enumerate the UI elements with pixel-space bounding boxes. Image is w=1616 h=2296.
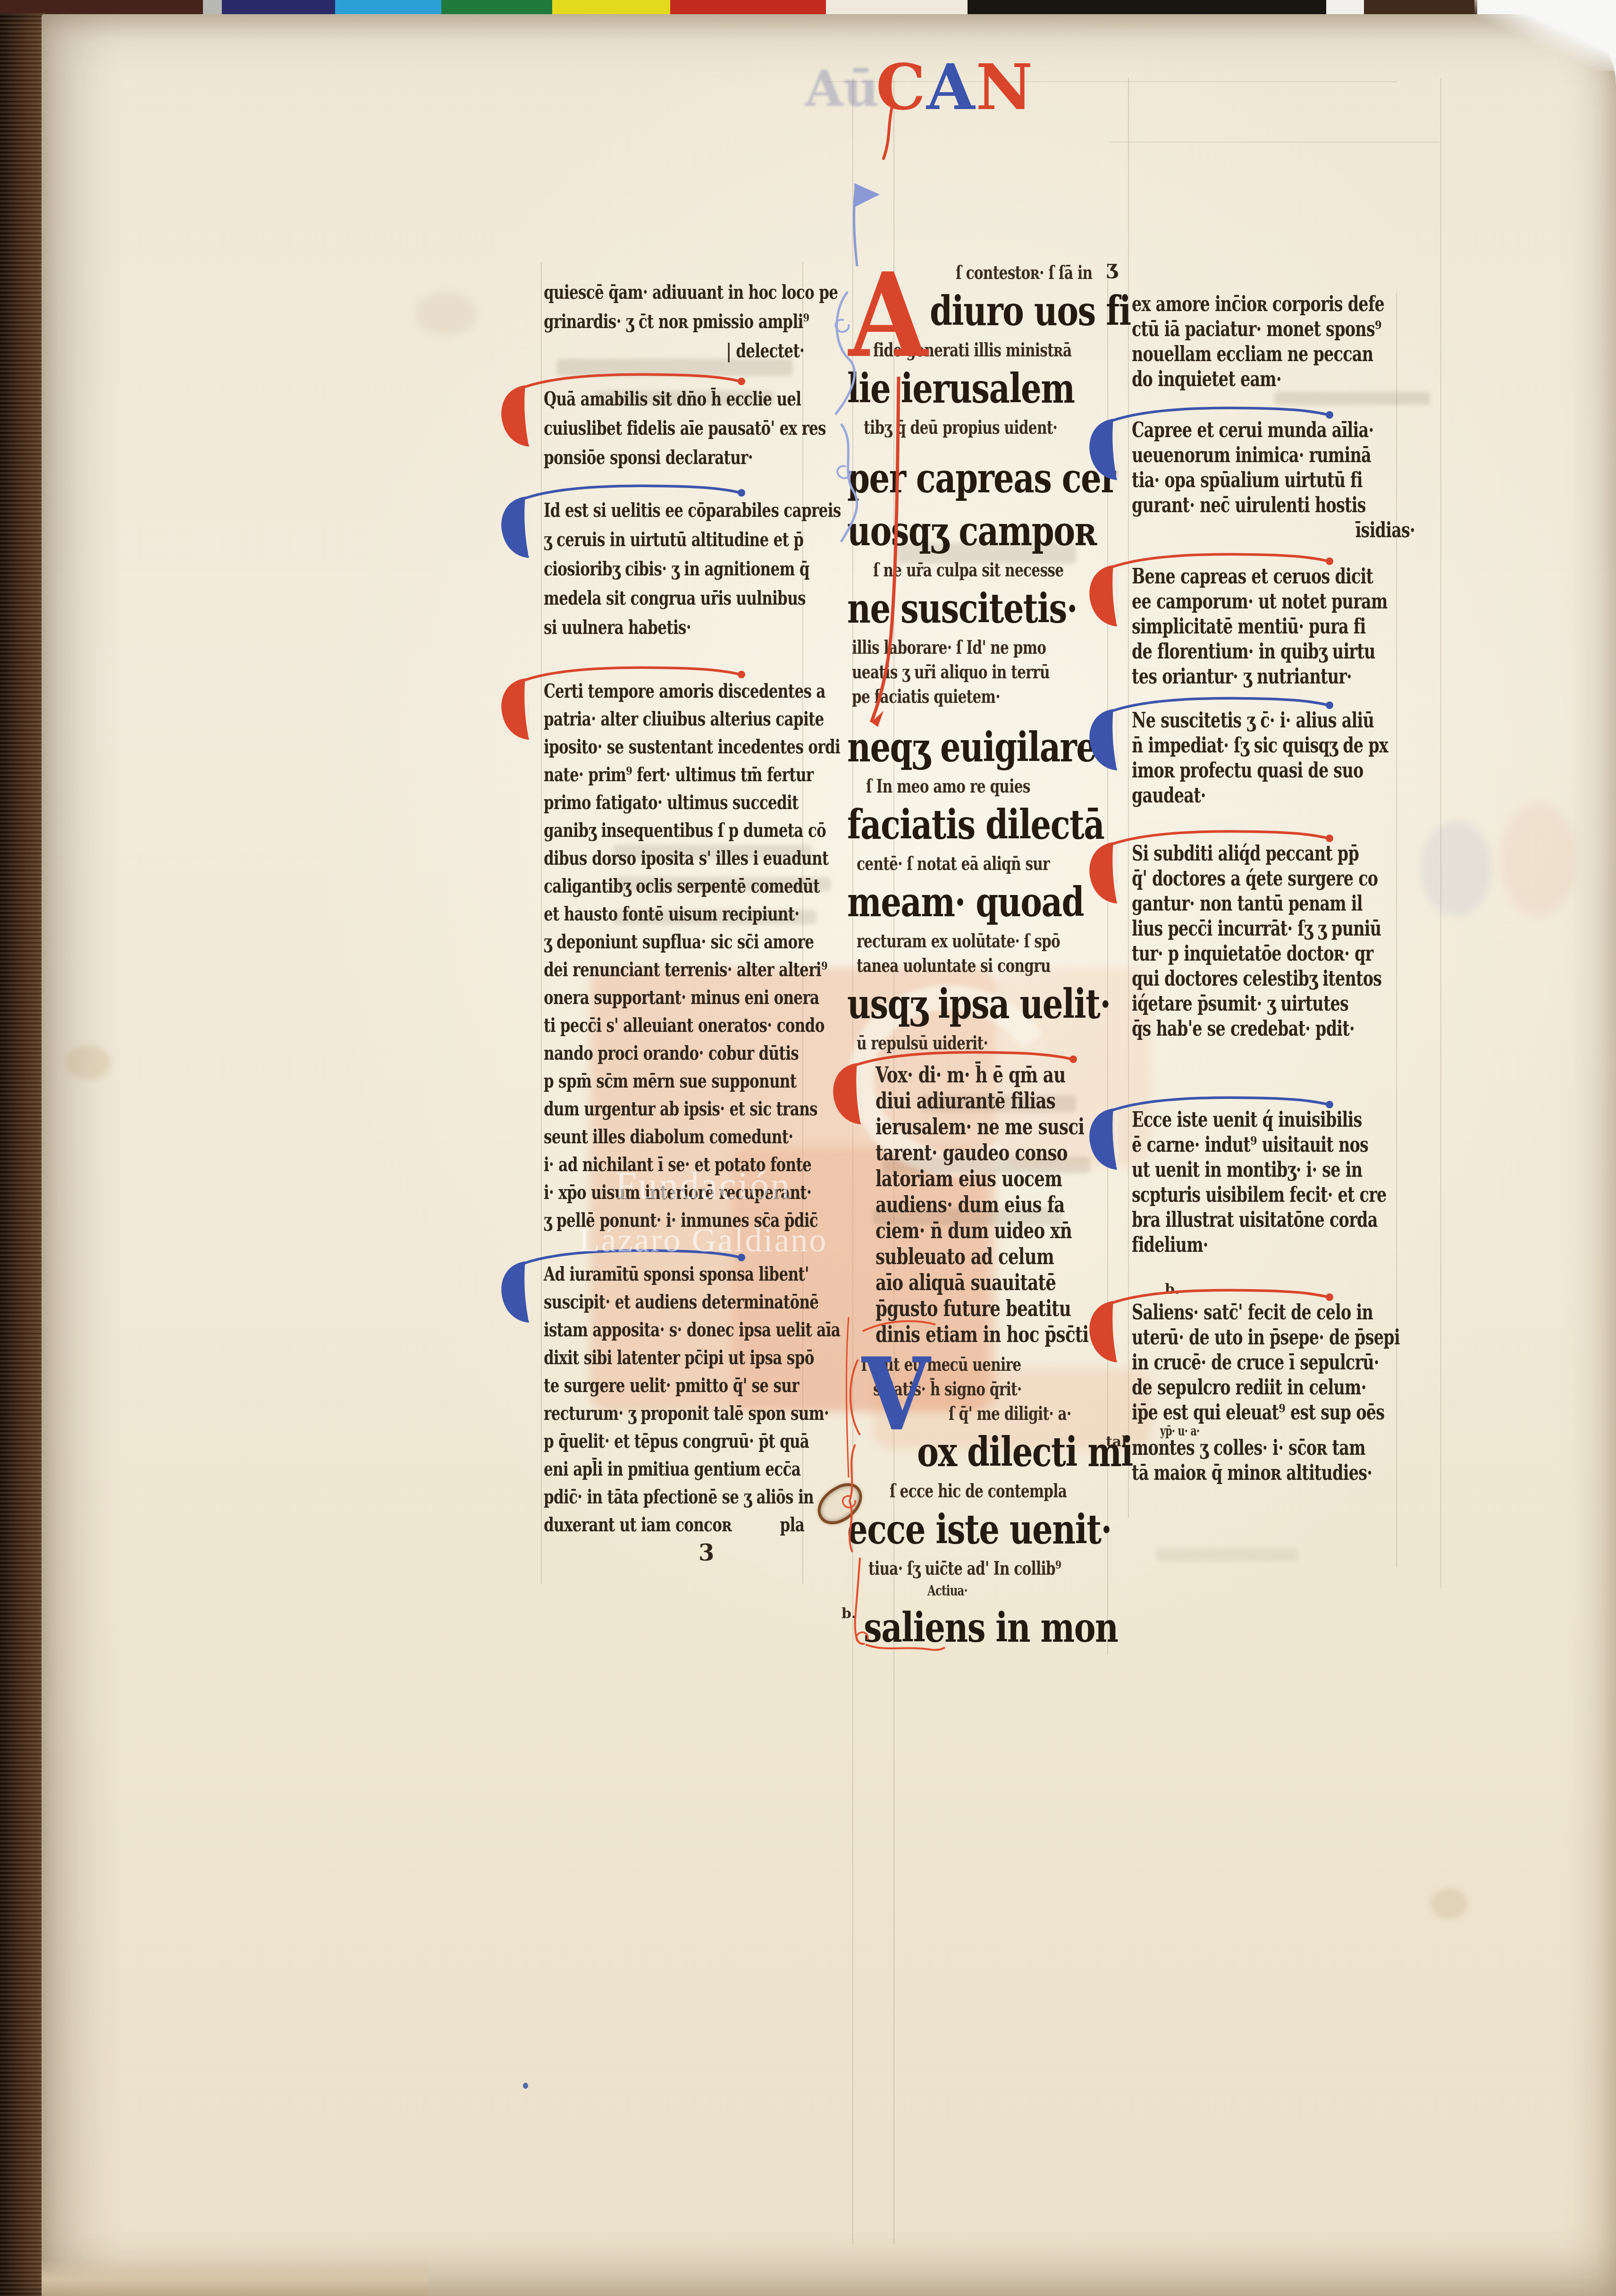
text-line: te surgere uelit· pmitto q̄' se sur	[544, 1372, 803, 1400]
ruling-line	[541, 262, 542, 1584]
text-line: ū repulsū uiderit·	[857, 1031, 1120, 1055]
text-block-blue-paraph: Id est si uelitis ee cōparabiles capreis…	[544, 496, 804, 642]
text-block-red-paraph: Si subditi aliq́d peccant pp̄q̄' doctore…	[1132, 841, 1415, 1041]
text-line: n̄ impediat· ſʒ sic quisqʒ de px	[1132, 733, 1414, 758]
left-text-column: quiescē q̄am· adiuuant in hoc loco pegri…	[544, 278, 804, 1539]
book-spine-edge	[0, 13, 45, 2296]
text-line: dum urgentur ab ipsis· et sic trans	[544, 1095, 803, 1123]
text-block: centē· ſ notat eā aliqn̄ sur	[847, 852, 1111, 876]
text-line: recturum· ʒ proponit talē spon sum·	[544, 1400, 803, 1427]
text-line: seunt illes diabolum comedunt·	[544, 1123, 803, 1151]
initial-letter-V: V	[862, 1351, 930, 1438]
text-line: in crucē· de cruce ī sepulcrū·	[1132, 1350, 1414, 1375]
text-line: tia· opa spūalium uirtutū fi	[1132, 468, 1414, 493]
text-block-red-paraph: Quā amabilis sit dn̄o h̄ ecclie uelcuius…	[544, 384, 804, 472]
text-line: scpturis uisibilem fecit· et cre	[1132, 1182, 1414, 1207]
text-block-blue-paraph: Capree et cerui munda aīlia·ueuenorum in…	[1132, 418, 1415, 543]
text-line: Ecce iste uenit q́ inuisibilis	[1132, 1107, 1414, 1132]
text-line: istam apposita· s· donec ipsa uelit aīa	[544, 1316, 803, 1344]
text-line: uterū· de uto in p̄sepe· de p̄sepi	[1132, 1325, 1414, 1350]
text-line: nouellam eccliam ne peccan	[1132, 342, 1414, 367]
text-line: | delectet·	[545, 336, 804, 365]
text-line: ti pecc̄i s' alleuiant oneratos· condo	[544, 1012, 803, 1039]
library-watermark: Fundación Lázaro Galdiano	[579, 1157, 828, 1266]
text-block: usqʒ ipsa uelit·	[847, 978, 1111, 1031]
text-line: ut uenit in montibʒ· i· se in	[1132, 1157, 1414, 1182]
text-line: q̄' doctores a q́ete surgere co	[1132, 866, 1414, 891]
text-line: ex amore inc̄ioʀ corporis defe	[1132, 292, 1414, 317]
manuscript-photo: Aū CAN A V	[0, 0, 1616, 2296]
running-title-offset-ghost: Aū	[805, 59, 879, 118]
text-line: qui doctores celestibʒ itentos	[1132, 966, 1414, 991]
running-title: Aū CAN	[876, 55, 1034, 130]
text-block-blue-paraph: Ne suscitetis ʒ c̄· i· alius aliūn̄ impe…	[1132, 708, 1415, 808]
text-line: iq́etare p̄sumit· ʒ uirtutes	[1132, 991, 1414, 1016]
text-block: quiescē q̄am· adiuuant in hoc loco pegri…	[544, 278, 804, 365]
showthrough-text	[1156, 1548, 1298, 1562]
text-line: latoriam eius uocem	[875, 1166, 1096, 1192]
text-block: recturam ex uolūtate· ſ spōtanea uolunta…	[847, 929, 1111, 978]
text-line: si uulnera habetis·	[544, 613, 803, 642]
parchment-stain	[1430, 1888, 1468, 1919]
text-line: dixit sibi latenter pc̄ipi ut ipsa spō	[544, 1344, 803, 1372]
text-line: ee camporum· ut notet puram	[1132, 589, 1414, 614]
text-block: meam· quoad	[847, 876, 1111, 929]
text-line: medela sit congrua ur̄is uulnibus	[544, 583, 803, 613]
text-line: caligantibʒ oclis serpentē comedūt	[544, 872, 803, 900]
tironian-mark: ʒ	[1106, 256, 1118, 279]
text-line: Id est si uelitis ee cōparabiles capreis	[544, 496, 803, 525]
text-line: tur· p inquietatōe doctoʀ· qr	[1132, 941, 1414, 966]
text-line: dei renunciant terrenis· alter alteri⁹	[544, 956, 803, 984]
text-line: p spm̄ sc̄m mērn sue supponunt	[544, 1067, 803, 1095]
text-line: tarent· gaudeo conso	[875, 1140, 1096, 1166]
ink-smudge	[1421, 821, 1491, 916]
text-line: Vox· di· m· h̄ ē qm̄ au	[875, 1062, 1096, 1088]
text-line: īsidias·	[1133, 518, 1415, 543]
right-text-column: ex amore inc̄ioʀ corporis defectū iā pac…	[1132, 292, 1415, 1486]
text-block: ſ In meo amo re quies	[847, 774, 1111, 799]
illuminated-initial-A: A	[827, 178, 940, 740]
text-line: Si subditi aliq́d peccant pp̄	[1132, 841, 1414, 866]
text-line: pdic̄· in tāta pfectionē se ʒ aliōs in	[544, 1483, 803, 1511]
text-block-red-paraph: Certi tempore amoris discedentes apatria…	[544, 677, 804, 1234]
text-line: iposito· se sustentant incedentes ordi	[544, 733, 803, 761]
text-line: centē· ſ notat eā aliqn̄ sur	[857, 852, 1120, 876]
title-swash	[879, 100, 907, 161]
text-line: grinardis· ʒ c̄t noʀ pmissio ampli⁹	[544, 307, 803, 336]
text-line: Saliens· satc̄' fecit de celo in	[1132, 1300, 1414, 1325]
text-line: Capree et cerui munda aīlia·	[1132, 418, 1414, 443]
text-line: dibus dorso iposita s' illes i euadunt	[544, 844, 803, 872]
running-title-letter: N	[976, 51, 1034, 124]
text-line: ip̄e est qui eleuat⁹ est sup oēs	[1132, 1400, 1414, 1425]
text-line: ponsiōe sponsi declaratur·	[544, 443, 803, 472]
text-line: Quā amabilis sit dn̄o h̄ ecclie uel	[544, 384, 803, 414]
text-line: bra illustrat uisitatōne corda	[1132, 1207, 1414, 1232]
text-line: onera supportant· minus eni onera	[544, 984, 803, 1012]
text-line: de florentium· in quibʒ uirtu	[1132, 639, 1414, 664]
text-line: cuiuslibet fidelis aīe pausatō' ex res	[544, 414, 803, 443]
text-line: tā maioʀ q̄ minoʀ altitudies·	[1132, 1460, 1414, 1486]
text-line: Certi tempore amoris discedentes a	[544, 677, 803, 705]
photo-background-corner	[1474, 0, 1616, 71]
text-line: ē carne· indut⁹ uisitauit nos	[1132, 1132, 1414, 1157]
quire-numeral: 3	[699, 1540, 714, 1566]
text-block: ex amore inc̄ioʀ corporis defectū iā pac…	[1132, 292, 1415, 392]
illuminated-initial-V: V	[834, 1275, 957, 1680]
text-line: primo fatigato· ultimus succedit	[544, 789, 803, 817]
text-line: imoʀ profectu quasi de suo	[1132, 758, 1414, 783]
text-line: eni apl̄i in pmitiua gentium ecc̄a	[544, 1455, 803, 1483]
text-line: gurant· nec̄ uirulenti hostis	[1132, 493, 1414, 518]
parchment-stain	[1501, 802, 1576, 916]
text-line: p q̄uelit· et tēpus congruū· p̄t quā	[544, 1427, 803, 1455]
text-line: suscipit· et audiens determinatōnē	[544, 1288, 803, 1316]
ruling-line	[1109, 142, 1439, 143]
text-line: et hausto fontē uisum recipiunt·	[544, 900, 803, 928]
text-line: q̄s hab'e se credebat· pdit·	[1132, 1016, 1414, 1041]
text-line: Ne suscitetis ʒ c̄· i· alius aliū	[1132, 708, 1414, 733]
text-block: faciatis dilectā	[847, 799, 1111, 852]
text-line: recturam ex uolūtate· ſ spō	[857, 929, 1120, 954]
text-line: meam· quoad	[847, 876, 1111, 929]
text-line: ierusalem· ne me susci	[875, 1114, 1096, 1140]
ink-speck	[523, 2083, 528, 2089]
page-stack-edge	[42, 2259, 429, 2296]
text-line: montes ʒ colles· i· sc̄oʀ tam	[1132, 1435, 1414, 1460]
text-block-blue-paraph: Ad iuramītū sponsi sponsa libent'suscipi…	[544, 1260, 804, 1539]
text-line: subleuato ad celum	[875, 1244, 1096, 1270]
text-line: ſ contestoʀ· ſ ſā in	[956, 261, 1219, 285]
text-line: lius pecc̄i incurrāt· ſʒ ʒ puniū	[1132, 916, 1414, 941]
text-line: Actiua·	[927, 1581, 1191, 1602]
text-line: audiens· dum eius fa	[875, 1192, 1096, 1218]
text-line: ciem· n̄ dum uideo xn̄	[875, 1218, 1096, 1244]
text-line: de sepulcro rediit in celum·	[1132, 1375, 1414, 1400]
text-line: simplicitatē mentiū· pura fi	[1132, 614, 1414, 639]
text-line: pla	[545, 1511, 804, 1539]
running-title-letter: A	[926, 51, 976, 124]
text-block-red-paraph: Bene capreas et ceruos dicitee camporum·…	[1132, 564, 1415, 689]
text-block-red-paraph: b.Saliens· satc̄' fecit de celo inuterū·…	[1132, 1300, 1415, 1486]
text-line: faciatis dilectā	[847, 799, 1111, 852]
text-line: quiescē q̄am· adiuuant in hoc loco pe	[544, 278, 803, 307]
text-line: fidelium·	[1132, 1232, 1414, 1258]
text-line: tanea uoluntate si congru	[857, 954, 1120, 978]
text-line: ganibʒ insequentibus ſ p dumeta cō	[544, 817, 803, 844]
text-line: ueuenorum inimica· ruminā	[1132, 443, 1414, 468]
parchment-stain	[415, 293, 477, 335]
text-block: ū repulsū uiderit·	[847, 1031, 1111, 1055]
text-line: nate· prim⁹ fert· ultimus tm̄ fertur	[544, 761, 803, 789]
text-line: tes oriantur· ʒ nutriantur·	[1132, 664, 1414, 689]
text-line: ciosioribʒ cibis· ʒ in agnitionem q̄	[544, 554, 803, 583]
watermark-line-1: Fundación	[579, 1157, 828, 1214]
text-line: ʒ ceruis in uirtutū altitudine et p̄	[544, 525, 803, 554]
text-line: do inquietet eam·	[1132, 367, 1414, 392]
text-line: ctū iā paciatur· monet spons⁹	[1132, 317, 1414, 342]
text-line: patria· alter cliuibus alterius capite	[544, 705, 803, 733]
text-line: ſ In meo amo re quies	[866, 774, 1129, 799]
text-line: Bene capreas et ceruos dicit	[1132, 564, 1414, 589]
text-line: ʒ deponiunt supflua· sic sc̄i amore	[544, 928, 803, 956]
text-line: nando proci orando· cobur dūtis	[544, 1039, 803, 1067]
text-line: diui adiurantē filias	[875, 1088, 1096, 1114]
parchment-stain	[66, 1046, 111, 1080]
marginal-letter-note: b.	[1165, 1281, 1179, 1298]
initial-letter-A: A	[849, 266, 928, 365]
text-block-blue-paraph: Ecce iste uenit q́ inuisibilisē carne· i…	[1132, 1107, 1415, 1258]
text-line: usqʒ ipsa uelit·	[847, 978, 1111, 1031]
watermark-line-2: Lázaro Galdiano	[579, 1214, 828, 1266]
text-line: gaudeat·	[1132, 783, 1414, 808]
text-line: gantur· non tantū penam il	[1132, 891, 1414, 916]
